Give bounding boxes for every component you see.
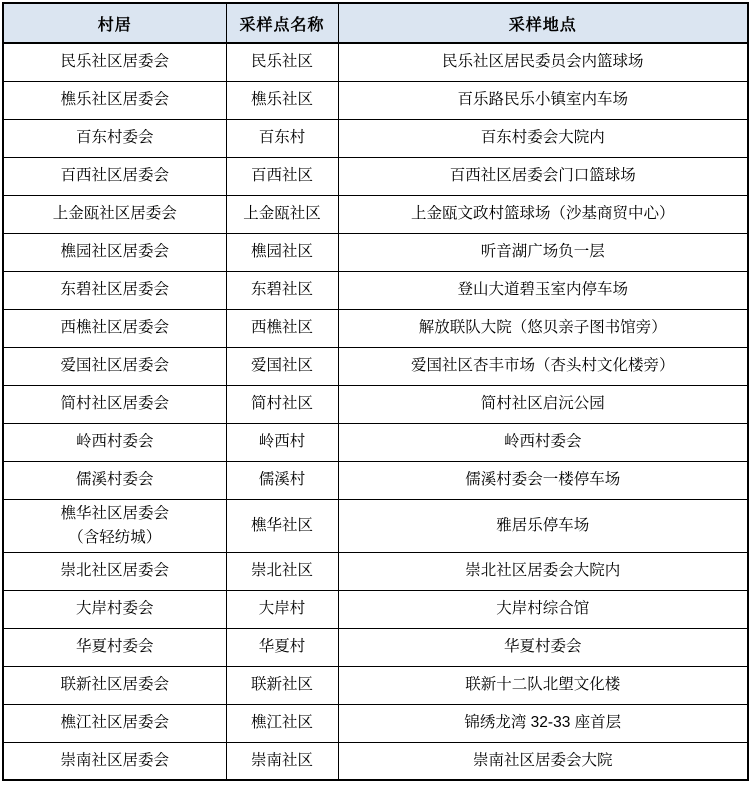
cell-location: 锦绣龙湾 32-33 座首层	[338, 704, 748, 742]
cell-village: 爱国社区居委会	[3, 347, 226, 385]
cell-village: 樵江社区居委会	[3, 704, 226, 742]
cell-village: 樵园社区居委会	[3, 233, 226, 271]
cell-location: 简村社区启沅公园	[338, 385, 748, 423]
cell-point-name: 樵华社区	[226, 499, 338, 552]
cell-point-name: 百西社区	[226, 157, 338, 195]
header-cell-point-name: 采样点名称	[226, 3, 338, 43]
cell-village: 樵华社区居委会 （含轻纺城）	[3, 499, 226, 552]
cell-village: 崇南社区居委会	[3, 742, 226, 780]
table-row: 简村社区居委会 简村社区 简村社区启沅公园	[3, 385, 748, 423]
cell-point-name: 崇南社区	[226, 742, 338, 780]
cell-location: 联新十二队北塱文化楼	[338, 666, 748, 704]
cell-point-name: 上金瓯社区	[226, 195, 338, 233]
cell-location: 百东村委会大院内	[338, 119, 748, 157]
cell-point-name: 东碧社区	[226, 271, 338, 309]
cell-location: 雅居乐停车场	[338, 499, 748, 552]
cell-point-name: 樵江社区	[226, 704, 338, 742]
cell-point-name: 百东村	[226, 119, 338, 157]
cell-village: 简村社区居委会	[3, 385, 226, 423]
cell-point-name: 华夏村	[226, 628, 338, 666]
cell-point-name: 儒溪村	[226, 461, 338, 499]
cell-point-name: 樵园社区	[226, 233, 338, 271]
table-row: 华夏村委会 华夏村 华夏村委会	[3, 628, 748, 666]
table-row: 民乐社区居委会 民乐社区 民乐社区居民委员会内篮球场	[3, 43, 748, 81]
cell-location: 大岸村综合馆	[338, 590, 748, 628]
table-row: 樵华社区居委会 （含轻纺城） 樵华社区 雅居乐停车场	[3, 499, 748, 552]
cell-village: 儒溪村委会	[3, 461, 226, 499]
cell-village: 岭西村委会	[3, 423, 226, 461]
cell-village: 东碧社区居委会	[3, 271, 226, 309]
cell-location: 民乐社区居民委员会内篮球场	[338, 43, 748, 81]
header-row: 村居 采样点名称 采样地点	[3, 3, 748, 43]
cell-village: 樵乐社区居委会	[3, 81, 226, 119]
cell-location: 百乐路民乐小镇室内车场	[338, 81, 748, 119]
cell-point-name: 简村社区	[226, 385, 338, 423]
cell-location: 登山大道碧玉室内停车场	[338, 271, 748, 309]
cell-location: 百西社区居委会门口篮球场	[338, 157, 748, 195]
table-row: 崇南社区居委会 崇南社区 崇南社区居委会大院	[3, 742, 748, 780]
cell-point-name: 岭西村	[226, 423, 338, 461]
table-row: 儒溪村委会 儒溪村 儒溪村委会一楼停车场	[3, 461, 748, 499]
table-row: 樵园社区居委会 樵园社区 听音湖广场负一层	[3, 233, 748, 271]
header-cell-village: 村居	[3, 3, 226, 43]
cell-location: 听音湖广场负一层	[338, 233, 748, 271]
table-row: 联新社区居委会 联新社区 联新十二队北塱文化楼	[3, 666, 748, 704]
table-row: 崇北社区居委会 崇北社区 崇北社区居委会大院内	[3, 552, 748, 590]
cell-location: 崇北社区居委会大院内	[338, 552, 748, 590]
table-row: 百西社区居委会 百西社区 百西社区居委会门口篮球场	[3, 157, 748, 195]
cell-village: 百西社区居委会	[3, 157, 226, 195]
cell-location: 岭西村委会	[338, 423, 748, 461]
cell-village: 大岸村委会	[3, 590, 226, 628]
table-row: 大岸村委会 大岸村 大岸村综合馆	[3, 590, 748, 628]
table-row: 百东村委会 百东村 百东村委会大院内	[3, 119, 748, 157]
cell-point-name: 大岸村	[226, 590, 338, 628]
cell-village: 联新社区居委会	[3, 666, 226, 704]
table-row: 西樵社区居委会 西樵社区 解放联队大院（悠贝亲子图书馆旁）	[3, 309, 748, 347]
table-row: 东碧社区居委会 东碧社区 登山大道碧玉室内停车场	[3, 271, 748, 309]
cell-location: 华夏村委会	[338, 628, 748, 666]
header-cell-location: 采样地点	[338, 3, 748, 43]
table-row: 上金瓯社区居委会 上金瓯社区 上金瓯文政村篮球场（沙基商贸中心）	[3, 195, 748, 233]
cell-village: 民乐社区居委会	[3, 43, 226, 81]
cell-point-name: 民乐社区	[226, 43, 338, 81]
cell-point-name: 爱国社区	[226, 347, 338, 385]
table-row: 岭西村委会 岭西村 岭西村委会	[3, 423, 748, 461]
cell-location: 崇南社区居委会大院	[338, 742, 748, 780]
cell-village: 西樵社区居委会	[3, 309, 226, 347]
table-row: 爱国社区居委会 爱国社区 爱国社区杏丰市场（杏头村文化楼旁）	[3, 347, 748, 385]
cell-village: 上金瓯社区居委会	[3, 195, 226, 233]
cell-point-name: 樵乐社区	[226, 81, 338, 119]
cell-village: 百东村委会	[3, 119, 226, 157]
cell-point-name: 联新社区	[226, 666, 338, 704]
table-row: 樵江社区居委会 樵江社区 锦绣龙湾 32-33 座首层	[3, 704, 748, 742]
cell-location: 儒溪村委会一楼停车场	[338, 461, 748, 499]
cell-location: 爱国社区杏丰市场（杏头村文化楼旁）	[338, 347, 748, 385]
cell-village: 崇北社区居委会	[3, 552, 226, 590]
cell-point-name: 崇北社区	[226, 552, 338, 590]
cell-location: 解放联队大院（悠贝亲子图书馆旁）	[338, 309, 748, 347]
cell-location: 上金瓯文政村篮球场（沙基商贸中心）	[338, 195, 748, 233]
table-row: 樵乐社区居委会 樵乐社区 百乐路民乐小镇室内车场	[3, 81, 748, 119]
cell-point-name: 西樵社区	[226, 309, 338, 347]
cell-village: 华夏村委会	[3, 628, 226, 666]
sampling-points-table: 村居 采样点名称 采样地点 民乐社区居委会 民乐社区 民乐社区居民委员会内篮球场…	[2, 2, 749, 781]
